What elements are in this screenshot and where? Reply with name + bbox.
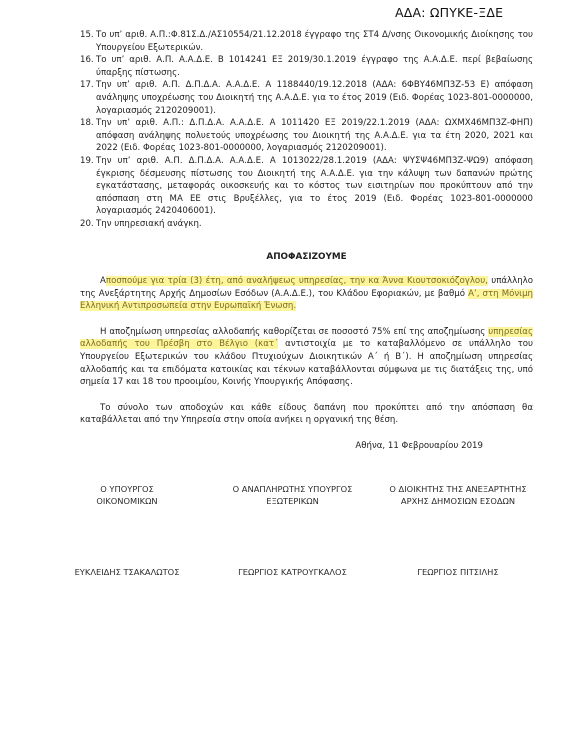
signatory-names: ΕΥΚΛΕΙΔΗΣ ΤΣΑΚΑΛΩΤΟΣ ΓΕΩΡΓΙΟΣ ΚΑΤΡΟΥΓΚΑΛ…	[80, 566, 533, 579]
signatory-name: ΕΥΚΛΕΙΔΗΣ ΤΣΑΚΑΛΩΤΟΣ	[52, 566, 202, 579]
item-number: 19.	[80, 155, 94, 168]
item-number: 18.	[80, 117, 94, 130]
signatory-title: Ο ΥΠΟΥΡΓΟΣ ΟΙΚΟΝΟΜΙΚΩΝ	[52, 483, 202, 508]
plain-text: Η αποζημίωση υπηρεσίας αλλοδαπής καθορίζ…	[100, 327, 488, 337]
ada-code: ΑΔΑ: ΩΠΥΚΕ-ΞΔΕ	[395, 5, 503, 20]
item-text: Το υπ’ αριθ. Α.Π.:Φ.81Σ.Δ./ΑΣ10554/21.12…	[96, 30, 533, 53]
considerations-list: 15. Το υπ’ αριθ. Α.Π.:Φ.81Σ.Δ./ΑΣ10554/2…	[80, 29, 533, 231]
consideration-item: 18. Την υπ’ αριθ. Α.Π.: Δ.Π.Δ.Α. Α.Α.Δ.Ε…	[80, 117, 533, 155]
consideration-item: 16. Το υπ’ αριθ. Α.Π. Α.Α.Δ.Ε. Β 1014241…	[80, 54, 533, 79]
item-text: Την υπηρεσιακή ανάγκη.	[96, 219, 202, 229]
item-text: Την υπ’ αριθ. Α.Π. Δ.Π.Δ.Α. Α.Α.Δ.Ε. Α 1…	[96, 156, 533, 216]
signatory-name: ΓΕΩΡΓΙΟΣ ΚΑΤΡΟΥΓΚΑΛΟΣ	[218, 566, 368, 579]
title-line: Ο ΥΠΟΥΡΓΟΣ	[52, 483, 202, 496]
title-line: Ο ΔΙΟΙΚΗΤΗΣ ΤΗΣ ΑΝΕΞΑΡΤΗΤΗΣ	[383, 483, 533, 496]
consideration-item: 15. Το υπ’ αριθ. Α.Π.:Φ.81Σ.Δ./ΑΣ10554/2…	[80, 29, 533, 54]
consideration-item: 17. Την υπ’ αριθ. Α.Π. Δ.Π.Δ.Α. Α.Α.Δ.Ε.…	[80, 79, 533, 117]
signatory-title: Ο ΑΝΑΠΛΗΡΩΤΗΣ ΥΠΟΥΡΓΟΣ ΕΞΩΤΕΡΙΚΩΝ	[218, 483, 368, 508]
item-text: Το υπ’ αριθ. Α.Π. Α.Α.Δ.Ε. Β 1014241 ΕΞ …	[96, 55, 533, 78]
decision-heading: ΑΠΟΦΑΣΙΖΟΥΜΕ	[80, 251, 533, 264]
item-number: 20.	[80, 218, 94, 231]
decision-paragraph-compensation: Η αποζημίωση υπηρεσίας αλλοδαπής καθορίζ…	[80, 326, 533, 389]
title-line: ΕΞΩΤΕΡΙΚΩΝ	[218, 495, 368, 508]
dateline: Αθήνα, 11 Φεβρουαρίου 2019	[80, 440, 533, 453]
title-line: Ο ΑΝΑΠΛΗΡΩΤΗΣ ΥΠΟΥΡΓΟΣ	[218, 483, 368, 496]
item-text: Την υπ’ αριθ. Α.Π. Δ.Π.Δ.Α. Α.Α.Δ.Ε. Α 1…	[96, 80, 533, 115]
title-line: ΟΙΚΟΝΟΜΙΚΩΝ	[52, 495, 202, 508]
item-number: 15.	[80, 29, 94, 42]
first-letter: Α	[100, 276, 106, 286]
signatory-titles: Ο ΥΠΟΥΡΓΟΣ ΟΙΚΟΝΟΜΙΚΩΝ Ο ΑΝΑΠΛΗΡΩΤΗΣ ΥΠΟ…	[80, 483, 533, 508]
signatory-name: ΓΕΩΡΓΙΟΣ ΠΙΤΣΙΛΗΣ	[383, 566, 533, 579]
consideration-item: 19. Την υπ’ αριθ. Α.Π. Δ.Π.Δ.Α. Α.Α.Δ.Ε.…	[80, 155, 533, 218]
signatory-title: Ο ΔΙΟΙΚΗΤΗΣ ΤΗΣ ΑΝΕΞΑΡΤΗΤΗΣ ΑΡΧΗΣ ΔΗΜΟΣΙ…	[383, 483, 533, 508]
item-text: Την υπ’ αριθ. Α.Π.: Δ.Π.Δ.Α. Α.Α.Δ.Ε. Α …	[96, 118, 533, 153]
highlighted-text: ποσπούμε για τρία (3) έτη, από αναλήψεως…	[106, 276, 488, 286]
item-number: 16.	[80, 54, 94, 67]
consideration-item: 20. Την υπηρεσιακή ανάγκη.	[80, 218, 533, 231]
item-number: 17.	[80, 79, 94, 92]
decision-paragraph-secondment: Αποσπούμε για τρία (3) έτη, από αναλήψεω…	[80, 275, 533, 313]
decision-paragraph-costs: Το σύνολο των αποδοχών και κάθε είδους δ…	[80, 402, 533, 427]
document-page: 15. Το υπ’ αριθ. Α.Π.:Φ.81Σ.Δ./ΑΣ10554/2…	[80, 29, 533, 578]
title-line: ΑΡΧΗΣ ΔΗΜΟΣΙΩΝ ΕΣΟΔΩΝ	[383, 495, 533, 508]
